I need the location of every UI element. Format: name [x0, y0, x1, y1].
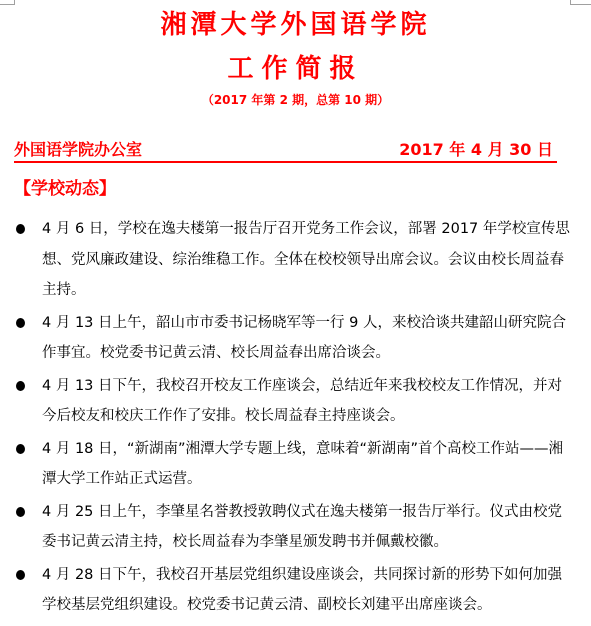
bullet-icon: [16, 507, 25, 517]
news-item: 4 月 13 日上午，韶山市市委书记杨晓军等一行 9 人，来校洽谈共建韶山研究院…: [0, 308, 591, 369]
news-item-text: 4 月 6 日，学校在逸夫楼第一报告厅召开党务工作会议，部署 2017 年学校宣…: [42, 221, 570, 298]
news-item-text: 4 月 13 日上午，韶山市市委书记杨晓军等一行 9 人，来校洽谈共建韶山研究院…: [42, 315, 566, 362]
news-item: 4 月 25 日上午，李肇星名誉教授敦聘仪式在逸夫楼第一报告厅举行。仪式由校党委…: [0, 497, 591, 558]
publish-date: 2017 年 4 月 30 日: [399, 139, 553, 161]
news-item-text: 4 月 18 日，“新湖南”湘潭大学专题上线，意味着“新湖南”首个高校工作站——…: [42, 441, 563, 488]
issue-number: （2017 年第 2 期，总第 10 期）: [0, 92, 591, 108]
masthead-line: 外国语学院办公室 2017 年 4 月 30 日: [14, 139, 557, 163]
bullet-icon: [16, 318, 25, 328]
news-item: 4 月 28 日下午，我校召开基层党组织建设座谈会，共同探讨新的形势下如何加强学…: [0, 560, 591, 621]
document-title: 湘潭大学外国语学院: [0, 8, 591, 42]
bullet-icon: [16, 381, 25, 391]
bullet-icon: [16, 444, 25, 454]
news-item: 4 月 6 日，学校在逸夫楼第一报告厅召开党务工作会议，部署 2017 年学校宣…: [0, 214, 591, 306]
office-name: 外国语学院办公室: [14, 139, 142, 161]
news-list: 4 月 6 日，学校在逸夫楼第一报告厅召开党务工作会议，部署 2017 年学校宣…: [0, 214, 591, 623]
news-item: 4 月 13 日下午，我校召开校友工作座谈会，总结近年来我校校友工作情况，并对今…: [0, 371, 591, 432]
news-item-text: 4 月 25 日上午，李肇星名誉教授敦聘仪式在逸夫楼第一报告厅举行。仪式由校党委…: [42, 504, 562, 551]
news-item-text: 4 月 28 日下午，我校召开基层党组织建设座谈会，共同探讨新的形势下如何加强学…: [42, 567, 562, 614]
news-item-text: 4 月 13 日下午，我校召开校友工作座谈会，总结近年来我校校友工作情况，并对今…: [42, 378, 562, 425]
page-corner-mark-top-right: [570, 0, 591, 5]
news-item: 4 月 18 日，“新湖南”湘潭大学专题上线，意味着“新湖南”首个高校工作站——…: [0, 434, 591, 495]
bullet-icon: [16, 570, 25, 580]
document-subtitle: 工作简报: [0, 52, 591, 86]
page-corner-mark-top-left: [0, 0, 15, 5]
bullet-icon: [16, 224, 25, 234]
section-heading-school-news: 【学校动态】: [14, 177, 116, 201]
